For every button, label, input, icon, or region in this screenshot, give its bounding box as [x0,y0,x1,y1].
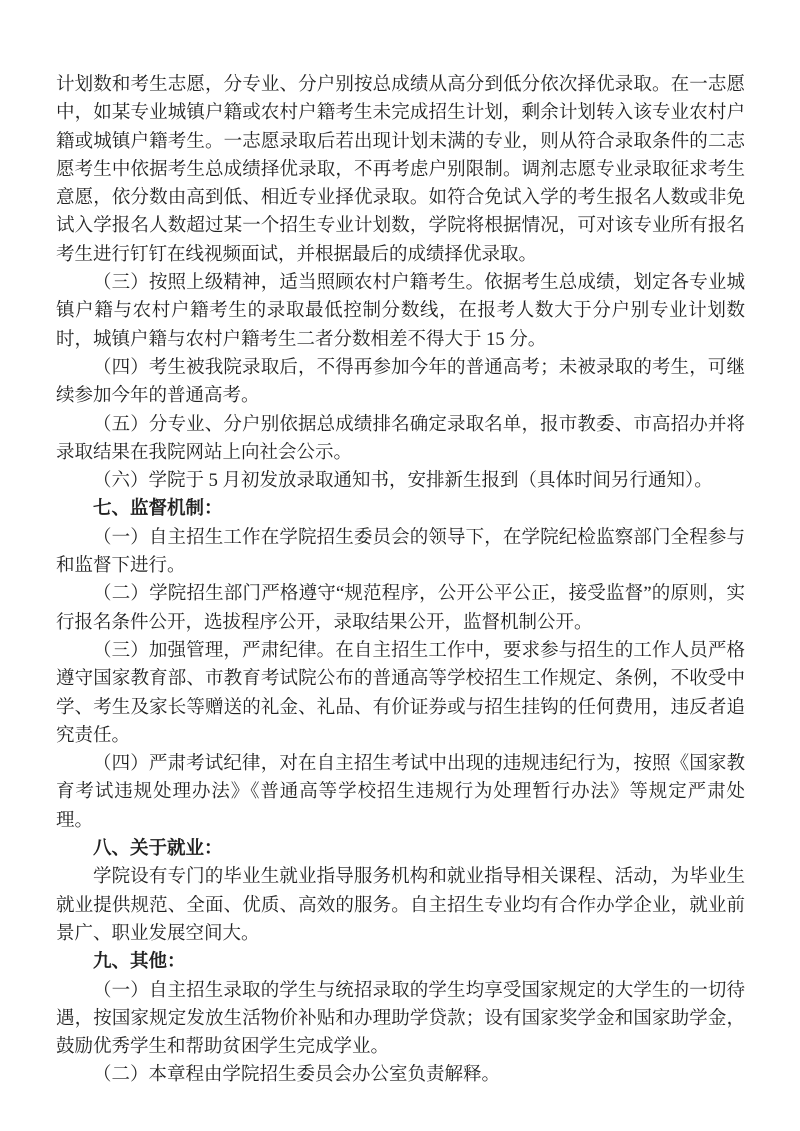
paragraph-item-5: （五）分专业、分户别依据总成绩排名确定录取名单，报市教委、市高招办并将录取结果在… [56,411,745,468]
paragraph-supervision-3: （三）加强管理，严肃纪律。在自主招生工作中，要求参与招生的工作人员严格遵守国家教… [56,637,745,750]
paragraph-supervision-4: （四）严肃考试纪律，对在自主招生考试中出现的违规违纪行为，按照《国家教育考试违规… [56,750,745,835]
paragraph-supervision-2: （二）学院招生部门严格遵守“规范程序，公开公平公正，接受监督”的原则，实行报名条… [56,580,745,637]
section-heading-others: 九、其他： [56,948,745,976]
paragraph-employment: 学院设有专门的毕业生就业指导服务机构和就业指导相关课程、活动，为毕业生就业提供规… [56,863,745,948]
paragraph-supervision-1: （一）自主招生工作在学院招生委员会的领导下，在学院纪检监察部门全程参与和监督下进… [56,524,745,581]
document-page: 计划数和考生志愿，分专业、分户别按总成绩从高分到低分依次择优录取。在一志愿中，如… [0,0,800,1131]
document-body: 计划数和考生志愿，分专业、分户别按总成绩从高分到低分依次择优录取。在一志愿中，如… [56,71,745,1090]
paragraph-others-1: （一）自主招生录取的学生与统招录取的学生均享受国家规定的大学生的一切待遇，按国家… [56,977,745,1062]
section-heading-supervision: 七、监督机制： [56,495,745,523]
paragraph-item-6: （六）学院于 5 月初发放录取通知书，安排新生报到（具体时间另行通知）。 [56,467,745,495]
section-heading-employment: 八、关于就业： [56,835,745,863]
paragraph-item-3: （三）按照上级精神，适当照顾农村户籍考生。依据考生总成绩，划定各专业城镇户籍与农… [56,269,745,354]
paragraph-others-2: （二）本章程由学院招生委员会办公室负责解释。 [56,1061,745,1089]
paragraph-item-4: （四）考生被我院录取后，不得再参加今年的普通高考；未被录取的考生，可继续参加今年… [56,354,745,411]
paragraph-admission-continuation: 计划数和考生志愿，分专业、分户别按总成绩从高分到低分依次择优录取。在一志愿中，如… [56,71,745,269]
